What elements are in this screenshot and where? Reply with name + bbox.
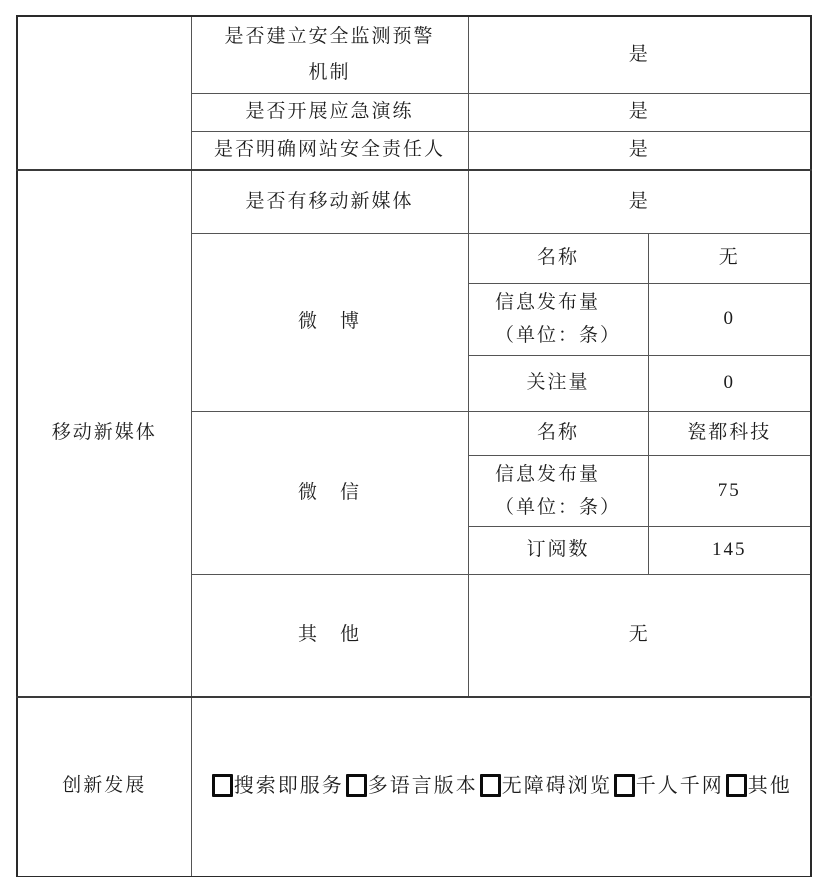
wechat-subscribers-value-cell: 145 (648, 527, 811, 575)
section-label-mobile-media: 移动新媒体 (17, 170, 191, 697)
option-label: 多语言版本 (368, 775, 478, 797)
weibo-publish-label-cell: 信息发布量 （单位：条） (468, 284, 648, 356)
table-row: 移动新媒体 是否有移动新媒体 是 (17, 170, 811, 234)
wechat-subscribers-label-cell: 订阅数 (468, 527, 648, 575)
option-accessibility: 无障碍浏览 (478, 775, 612, 797)
option-label: 无障碍浏览 (502, 775, 612, 797)
option-other: 其他 (724, 775, 792, 797)
option-label: 搜索即服务 (234, 775, 344, 797)
wechat-name-value-cell: 瓷都科技 (648, 411, 811, 455)
checkbox-icon[interactable] (614, 774, 635, 797)
weibo-name-value-cell: 无 (648, 234, 811, 284)
other-media-label-cell: 其 他 (191, 575, 468, 697)
checkbox-icon[interactable] (212, 774, 233, 797)
wechat-publish-label-cell: 信息发布量 （单位：条） (468, 455, 648, 527)
empty-section-cell (17, 16, 191, 170)
wechat-name-label-cell: 名称 (468, 411, 648, 455)
weibo-publish-label: 信息发布量 （单位：条） (495, 286, 621, 353)
section-label-innovation: 创新发展 (17, 697, 191, 877)
checkbox-icon[interactable] (346, 774, 367, 797)
option-label: 其他 (748, 775, 792, 797)
other-media-value-cell: 无 (468, 575, 811, 697)
wechat-publish-label: 信息发布量 （单位：条） (495, 458, 621, 525)
security-question-cell: 是否建立安全监测预警机制 (191, 16, 468, 94)
security-answer-cell: 是 (468, 16, 811, 94)
option-search-as-service: 搜索即服务 (210, 775, 344, 797)
innovation-options-cell: 搜索即服务多语言版本无障碍浏览千人千网其他 (191, 697, 811, 877)
table-row: 创新发展 搜索即服务多语言版本无障碍浏览千人千网其他 (17, 697, 811, 877)
table-row: 是否建立安全监测预警机制 是 (17, 16, 811, 94)
wechat-publish-value-cell: 75 (648, 455, 811, 527)
weibo-publish-value-cell: 0 (648, 284, 811, 356)
innovation-options: 搜索即服务多语言版本无障碍浏览千人千网其他 (210, 775, 792, 797)
security-question-label: 是否建立安全监测预警机制 (221, 19, 439, 91)
has-mobile-answer-cell: 是 (468, 170, 811, 234)
weibo-label-cell: 微 博 (191, 234, 468, 412)
weibo-followers-label-cell: 关注量 (468, 355, 648, 411)
security-answer-cell: 是 (468, 94, 811, 132)
checkbox-icon[interactable] (726, 774, 747, 797)
has-mobile-question-cell: 是否有移动新媒体 (191, 170, 468, 234)
report-page: 是否建立安全监测预警机制 是 是否开展应急演练 是 是否明确网站安全责任人 是 … (0, 0, 825, 877)
checkbox-icon[interactable] (480, 774, 501, 797)
weibo-name-label-cell: 名称 (468, 234, 648, 284)
annual-report-table: 是否建立安全监测预警机制 是 是否开展应急演练 是 是否明确网站安全责任人 是 … (16, 15, 812, 877)
security-answer-cell: 是 (468, 132, 811, 170)
security-question-cell: 是否明确网站安全责任人 (191, 132, 468, 170)
option-personalization: 千人千网 (612, 775, 724, 797)
wechat-label-cell: 微 信 (191, 411, 468, 575)
option-label: 千人千网 (636, 775, 724, 797)
security-question-cell: 是否开展应急演练 (191, 94, 468, 132)
option-multilingual: 多语言版本 (344, 775, 478, 797)
weibo-followers-value-cell: 0 (648, 355, 811, 411)
